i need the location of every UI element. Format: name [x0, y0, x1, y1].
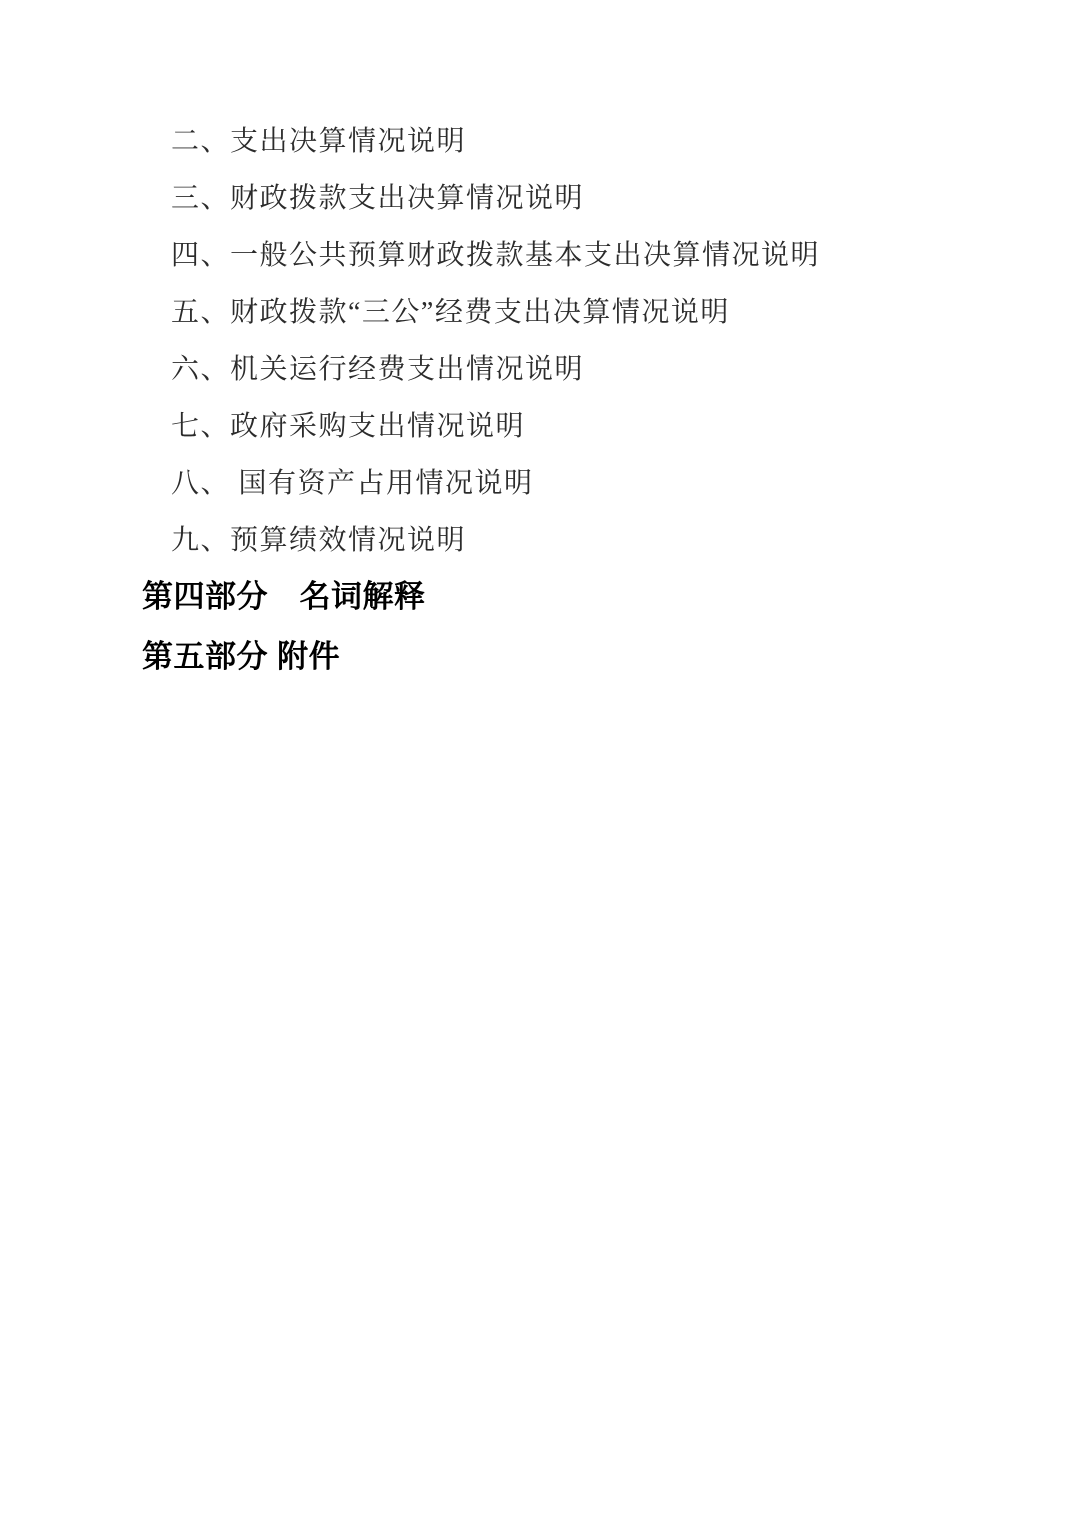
section-heading-part-4: 第四部分 名词解释 [142, 567, 1072, 627]
toc-item-4: 四、一般公共预算财政拨款基本支出决算情况说明 [171, 227, 1072, 284]
toc-item-9: 九、预算绩效情况说明 [171, 512, 1072, 569]
section-heading-part-5: 第五部分 附件 [142, 627, 1072, 687]
document-page: 二、支出决算情况说明 三、财政拨款支出决算情况说明 四、一般公共预算财政拨款基本… [0, 0, 1072, 1527]
toc-item-5: 五、财政拨款“三公”经费支出决算情况说明 [171, 284, 1072, 341]
toc-item-3: 三、财政拨款支出决算情况说明 [171, 170, 1072, 227]
toc-item-8: 八、 国有资产占用情况说明 [171, 455, 1072, 512]
toc-item-6: 六、机关运行经费支出情况说明 [171, 341, 1072, 398]
toc-item-7: 七、政府采购支出情况说明 [171, 398, 1072, 455]
table-of-contents: 二、支出决算情况说明 三、财政拨款支出决算情况说明 四、一般公共预算财政拨款基本… [0, 0, 1072, 569]
toc-item-2: 二、支出决算情况说明 [171, 113, 1072, 170]
part-headings: 第四部分 名词解释 第五部分 附件 [0, 567, 1072, 687]
